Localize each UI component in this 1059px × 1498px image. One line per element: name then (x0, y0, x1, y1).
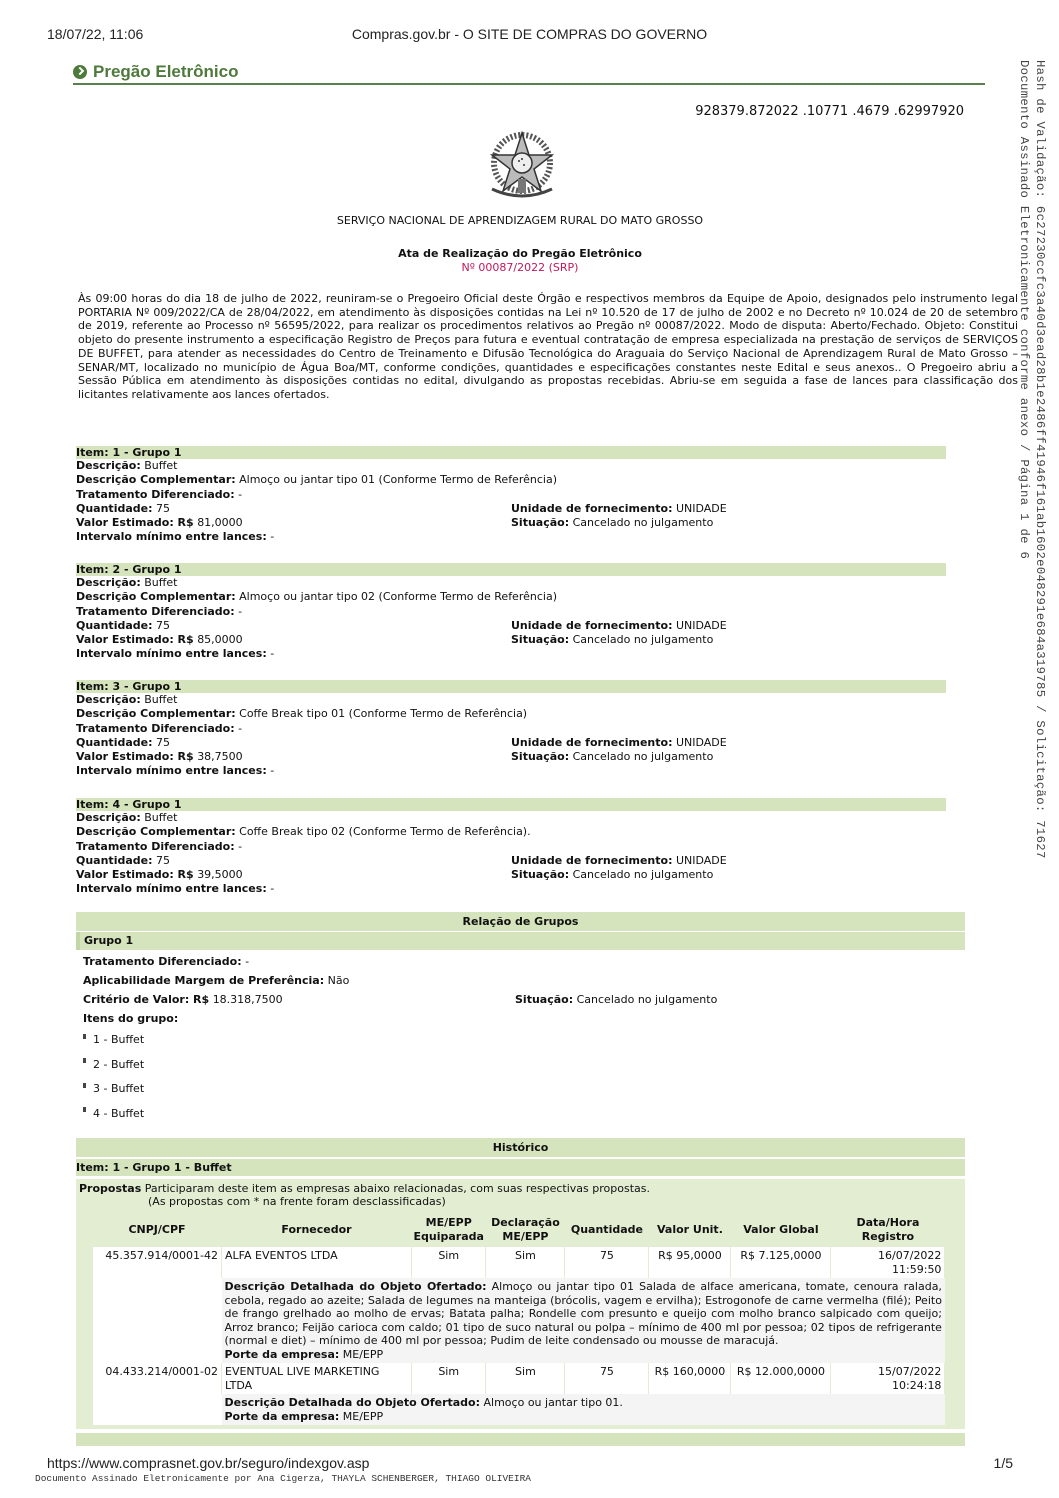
bullet-icon (83, 1058, 86, 1063)
item-situacao: Cancelado no julgamento (573, 750, 714, 763)
print-site-title: Compras.gov.br - O SITE DE COMPRAS DO GO… (0, 26, 1059, 42)
group-item: 2 - Buffet (83, 1053, 963, 1078)
page-title: Pregão Eletrônico (73, 61, 985, 85)
item-block: Item: 2 - Grupo 1 Descrição: Buffet Desc… (76, 563, 946, 662)
page-title-text: Pregão Eletrônico (93, 62, 238, 82)
item-block: Item: 3 - Grupo 1 Descrição: Buffet Desc… (76, 680, 946, 779)
footer-url[interactable]: https://www.comprasnet.gov.br/seguro/ind… (47, 1455, 369, 1471)
item-desc-compl: Coffe Break tipo 01 (Conforme Termo de R… (239, 707, 527, 720)
item-descricao: Buffet (144, 459, 177, 472)
item-situacao: Cancelado no julgamento (573, 633, 714, 646)
signed-document-stamp: Documento Assinado Eletronicamente confo… (1017, 60, 1031, 559)
item-header: Item: 4 - Grupo 1 (76, 798, 946, 811)
chevron-circle-right-icon (73, 65, 87, 79)
supplier-name: EVENTUAL LIVE MARKETING LTDA (222, 1363, 412, 1394)
item-quantidade: 75 (156, 619, 170, 632)
item-situacao: Cancelado no julgamento (573, 516, 714, 529)
item-block: Item: 4 - Grupo 1 Descrição: Buffet Desc… (76, 798, 946, 897)
item-situacao: Cancelado no julgamento (573, 868, 714, 881)
ata-title: Ata de Realização do Pregão Eletrônico (0, 247, 1040, 260)
item-quantidade: 75 (156, 502, 170, 515)
item-descricao: Buffet (144, 693, 177, 706)
organization-name: SERVIÇO NACIONAL DE APRENDIZAGEM RURAL D… (0, 214, 1040, 227)
section-footer-bar (76, 1433, 965, 1446)
document-hash: 928379.872022 .10771 .4679 .62997920 (695, 104, 964, 119)
ata-number: Nº 00087/2022 (SRP) (0, 261, 1040, 274)
group-aplicabilidade: Não (328, 974, 350, 987)
proposals-panel: Propostas Participaram deste item as emp… (76, 1179, 965, 1429)
item-descricao: Buffet (144, 576, 177, 589)
group-item: 3 - Buffet (83, 1077, 963, 1102)
item-quantidade: 75 (156, 736, 170, 749)
validation-hash-stamp: Hash de Validação: 6c27230ccfc3a40d3ead2… (1033, 60, 1047, 859)
group-item: 1 - Buffet (83, 1028, 963, 1053)
bullet-icon (83, 1034, 86, 1039)
proposals-table: CNPJ/CPF Fornecedor ME/EPP Equiparada De… (92, 1213, 945, 1425)
page-number: 1/5 (994, 1455, 1013, 1471)
item-desc-compl: Almoço ou jantar tipo 02 (Conforme Termo… (239, 590, 557, 603)
item-valor: 81,0000 (197, 516, 243, 529)
history-section-title: Histórico (76, 1138, 965, 1157)
supplier-name: ALFA EVENTOS LTDA (222, 1247, 412, 1278)
item-block: Item: 1 - Grupo 1 Descrição: Buffet Desc… (76, 446, 946, 545)
item-valor: 85,0000 (197, 633, 243, 646)
item-valor: 38,7500 (197, 750, 243, 763)
proposal-row: 45.357.914/0001-42 ALFA EVENTOS LTDA Sim… (93, 1247, 945, 1278)
item-valor: 39,5000 (197, 868, 243, 881)
item-header: Item: 1 - Grupo 1 (76, 446, 946, 459)
item-header: Item: 3 - Grupo 1 (76, 680, 946, 693)
proposals-note: (As propostas com * na frente foram desc… (79, 1195, 446, 1208)
intro-paragraph: Às 09:00 horas do dia 18 de julho de 202… (78, 292, 1018, 402)
group-header: Grupo 1 (76, 932, 965, 950)
history-item-header: Item: 1 - Grupo 1 - Buffet (76, 1159, 965, 1176)
signature-line: Documento Assinado Eletronicamente por A… (35, 1473, 531, 1484)
group-situacao: Cancelado no julgamento (577, 993, 718, 1006)
groups-section-title: Relação de Grupos (76, 912, 965, 931)
bullet-icon (83, 1107, 86, 1112)
proposal-detail: Descrição Detalhada do Objeto Ofertado: … (93, 1394, 945, 1425)
coat-of-arms-icon (482, 127, 562, 205)
item-quantidade: 75 (156, 854, 170, 867)
item-desc-compl: Coffe Break tipo 02 (Conforme Termo de R… (239, 825, 530, 838)
group-details: Tratamento Diferenciado: - Aplicabilidad… (83, 952, 963, 1126)
group-item: 4 - Buffet (83, 1102, 963, 1127)
proposal-detail: Descrição Detalhada do Objeto Ofertado: … (93, 1278, 945, 1363)
proposals-intro: Participaram deste item as empresas abai… (145, 1182, 650, 1195)
item-descricao: Buffet (144, 811, 177, 824)
proposal-row: 04.433.214/0001-02 EVENTUAL LIVE MARKETI… (93, 1363, 945, 1394)
item-desc-compl: Almoço ou jantar tipo 01 (Conforme Termo… (239, 473, 557, 486)
bullet-icon (83, 1083, 86, 1088)
item-header: Item: 2 - Grupo 1 (76, 563, 946, 576)
group-criterio: 18.318,7500 (213, 993, 283, 1006)
